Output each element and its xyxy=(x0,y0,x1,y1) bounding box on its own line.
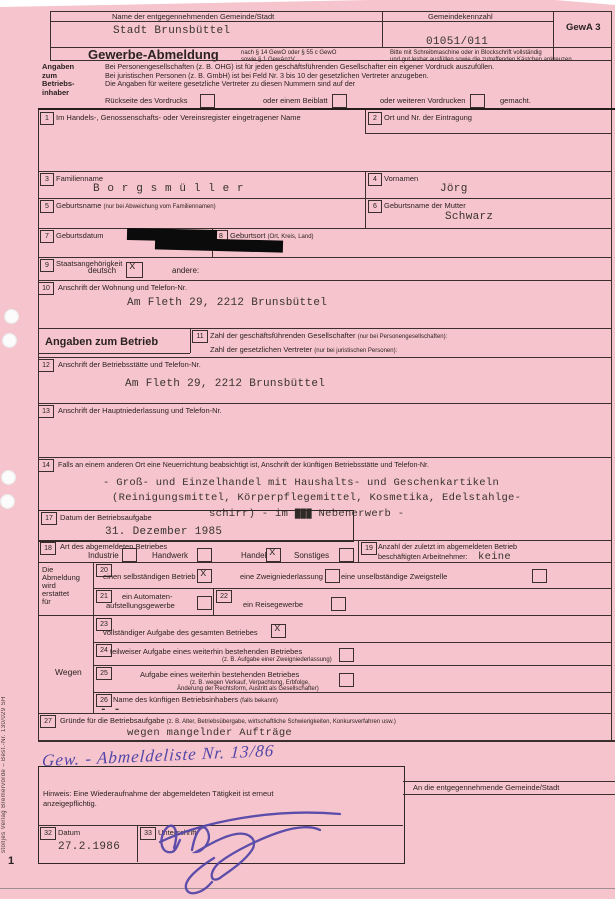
zweigniederlassung-label: eine Zweigniederlassung xyxy=(240,573,323,581)
checkbox-handel[interactable]: x xyxy=(266,548,281,562)
opt-gemacht-label: gemacht. xyxy=(500,97,531,105)
field26-number: 26 xyxy=(100,697,108,704)
field13-label: Anschrift der Hauptniederlassung und Tel… xyxy=(58,407,222,415)
field4-number: 4 xyxy=(373,176,377,183)
vornamen-value[interactable]: Jörg xyxy=(440,183,468,195)
field9-number: 9 xyxy=(45,262,49,269)
checkbox-automaten[interactable] xyxy=(197,596,212,610)
field4-label: Vornamen xyxy=(384,175,418,183)
teilweise-aufgabe-label: teilweiser Aufgabe eines weiterhin beste… xyxy=(110,648,302,656)
field19-label1: Anzahl der zuletzt im abgemeldeten Betri… xyxy=(378,543,517,551)
field11-number: 11 xyxy=(196,333,203,340)
geburtsname-mutter-value[interactable]: Schwarz xyxy=(445,211,493,223)
field23-number: 23 xyxy=(100,621,108,628)
paper-edge-top xyxy=(0,0,370,7)
field10-label: Anschrift der Wohnung und Telefon-Nr. xyxy=(58,284,187,292)
opt-beiblatt-label: oder einem Beiblatt xyxy=(263,97,328,105)
familienname-value[interactable]: B o r g s m ü l l e r xyxy=(93,183,244,195)
punch-hole xyxy=(0,494,15,509)
kennzahl-label: Gemeindekennzahl xyxy=(428,13,493,21)
paper-edge-top-right xyxy=(555,0,615,5)
field27-number: 27 xyxy=(44,718,52,725)
kuenftiger-inhaber-value[interactable]: - - xyxy=(100,704,121,716)
andere-label: andere: xyxy=(172,267,199,276)
field7-number: 7 xyxy=(45,233,49,240)
checkbox-aufgabe-bestehend[interactable] xyxy=(339,673,354,687)
field19-number: 19 xyxy=(365,545,373,552)
datum-value[interactable]: 27.2.1986 xyxy=(58,841,120,853)
sonstiges-label: Sonstiges xyxy=(294,552,329,561)
handel-label: Handel xyxy=(241,552,266,561)
betriebsaufgabe-datum-value[interactable]: 31. Dezember 1985 xyxy=(105,526,222,538)
deutsch-checkmark: x xyxy=(129,261,136,273)
industrie-label: Industrie xyxy=(88,552,119,561)
field12-number: 12 xyxy=(42,362,50,369)
automaten-label2: aufstellungsgewerbe xyxy=(106,602,175,610)
field26-label: Name des künftigen Betriebsinhabers (fal… xyxy=(113,696,278,705)
field24-number: 24 xyxy=(100,647,108,654)
field14-label: Falls an einem anderen Ort eine Neuerric… xyxy=(58,461,429,469)
field2-number: 2 xyxy=(373,115,377,122)
checkbox-handwerk[interactable] xyxy=(197,548,212,562)
field25-number: 25 xyxy=(100,670,108,677)
punch-hole xyxy=(2,333,17,348)
checkbox-sonstiges[interactable] xyxy=(339,548,354,562)
opt-rueckseite-label: Rückseite des Vordrucks xyxy=(105,97,188,105)
field6-label: Geburtsname der Mutter xyxy=(384,202,466,210)
field6-number: 6 xyxy=(373,203,377,210)
punch-hole xyxy=(4,309,19,324)
intro-line1: Bei Personengesellschaften (z. B. OHG) i… xyxy=(105,63,494,71)
field19-label2: beschäftigten Arbeitnehmer: xyxy=(378,553,468,561)
vollstaendige-aufgabe-label: vollständiger Aufgabe des gesamten Betri… xyxy=(103,629,258,637)
automaten-label1: ein Automaten- xyxy=(122,593,172,601)
field5-label: Geburtsname (nur bei Abweichung vom Fami… xyxy=(56,202,216,211)
field21-number: 21 xyxy=(100,593,108,600)
checkbox-deutsch[interactable]: x xyxy=(126,262,143,278)
zweigstelle-label: eine unselbständige Zweigstelle xyxy=(341,573,447,581)
punch-hole xyxy=(1,470,16,485)
scanned-form-gewerbe-abmeldung: stolljes Verlag Bremervörde – Best.-Nr. … xyxy=(0,0,615,899)
field11-line1: Zahl der geschäftsführenden Gesellschaft… xyxy=(210,332,447,341)
deutsch-label: deutsch xyxy=(88,267,116,276)
field2-label: Ort und Nr. der Eintragung xyxy=(384,114,472,122)
field1-number: 1 xyxy=(45,115,49,122)
field3-number: 3 xyxy=(45,176,49,183)
field10-number: 10 xyxy=(42,285,50,292)
field17-number: 17 xyxy=(45,515,53,522)
form-code: GewA 3 xyxy=(566,23,601,33)
field13-number: 13 xyxy=(42,408,50,415)
checkbox-selbstaendiger-betrieb[interactable]: x xyxy=(197,569,212,583)
section-betrieb-title: Angaben zum Betrieb xyxy=(45,336,158,348)
teilweise-aufgabe-small: (z. B. Aufgabe einer Zweigniederlassung) xyxy=(222,657,332,664)
field5-number: 5 xyxy=(45,203,49,210)
field7-label: Geburtsdatum xyxy=(56,232,104,240)
field3-label: Familienname xyxy=(56,175,103,183)
intro-side-label: Betriebs- xyxy=(42,80,75,88)
taetigkeit-line2[interactable]: (Reinigungsmittel, Körperpflegemittel, K… xyxy=(112,492,521,504)
checkbox-zweigstelle[interactable] xyxy=(532,569,547,583)
signature[interactable] xyxy=(140,798,370,898)
betriebsstaette-value[interactable]: Am Fleth 29, 2212 Brunsbüttel xyxy=(125,378,325,390)
intro-line3: Die Angaben für weitere gesetzliche Vert… xyxy=(105,80,355,88)
hinweis-line2: anzeigepflichtig. xyxy=(43,800,97,808)
gruende-value[interactable]: wegen mangelnder Aufträge xyxy=(127,727,292,739)
field11-line2: Zahl der gesetzlichen Vertreter (nur bei… xyxy=(210,346,397,355)
field14-number: 14 xyxy=(42,462,50,469)
aufgabe-bestehend-label: Aufgabe eines weiterhin bestehenden Betr… xyxy=(140,671,299,679)
hinweis-line1: Hinweis: Eine Wiederaufnahme der abgemel… xyxy=(43,790,273,798)
form-right-border xyxy=(611,11,612,740)
datum-label: Datum xyxy=(58,829,80,837)
checkbox-industrie[interactable] xyxy=(122,548,137,562)
field32-number: 32 xyxy=(44,830,52,837)
addressee-label: An die entgegennehmende Gemeinde/Stadt xyxy=(413,784,559,792)
reisegewerbe-label: ein Reisegewerbe xyxy=(243,601,303,609)
intro-side-label: Angaben xyxy=(42,63,74,71)
selbstaendiger-betrieb-checkmark: x xyxy=(200,568,207,580)
checkbox-zweigniederlassung[interactable] xyxy=(325,569,340,583)
checkbox-teilweise-aufgabe[interactable] xyxy=(339,648,354,662)
handel-checkmark: x xyxy=(269,547,276,559)
field17-label: Datum der Betriebsaufgabe xyxy=(60,514,152,522)
gemeinde-label: Name der entgegennehmenden Gemeinde/Stad… xyxy=(112,13,274,21)
checkbox-reisegewerbe[interactable] xyxy=(331,597,346,611)
wohnung-anschrift-value[interactable]: Am Fleth 29, 2212 Brunsbüttel xyxy=(127,297,327,309)
opt-vordrucke-label: oder weiteren Vordrucken xyxy=(380,97,465,105)
gemeinde-value[interactable]: Stadt Brunsbüttel xyxy=(113,25,230,37)
checkbox-vollstaendige-aufgabe[interactable]: x xyxy=(271,624,286,638)
handwerk-label: Handwerk xyxy=(152,552,188,561)
printer-imprint: stolljes Verlag Bremervörde – Best.-Nr. … xyxy=(1,688,7,853)
checkbox-beiblatt[interactable] xyxy=(332,94,347,108)
checkbox-vordrucke[interactable] xyxy=(470,94,485,108)
field27-label: Gründe für die Betriebsaufgabe (z. B. Al… xyxy=(60,717,396,726)
selbstaendiger-betrieb-label: einen selbständigen Betrieb xyxy=(103,573,196,581)
wegen-label: Wegen xyxy=(55,668,82,677)
redaction-bar-geburtsort xyxy=(155,237,283,252)
field18-label: Art des abgemeldeten Betriebes xyxy=(60,543,167,551)
taetigkeit-line1[interactable]: - Groß- und Einzelhandel mit Haushalts- … xyxy=(103,477,499,489)
vollstaendige-aufgabe-checkmark: x xyxy=(274,623,281,635)
field22-number: 22 xyxy=(220,593,228,600)
field18-number: 18 xyxy=(44,545,52,552)
field12-label: Anschrift der Betriebsstätte und Telefon… xyxy=(58,361,201,369)
erstattet-label: für xyxy=(42,598,51,606)
intro-side-label: inhaber xyxy=(42,89,69,97)
checkbox-rueckseite[interactable] xyxy=(200,94,215,108)
field1-label: Im Handels-, Genossenschafts- oder Verei… xyxy=(56,114,301,122)
page-number: 1 xyxy=(8,855,14,867)
